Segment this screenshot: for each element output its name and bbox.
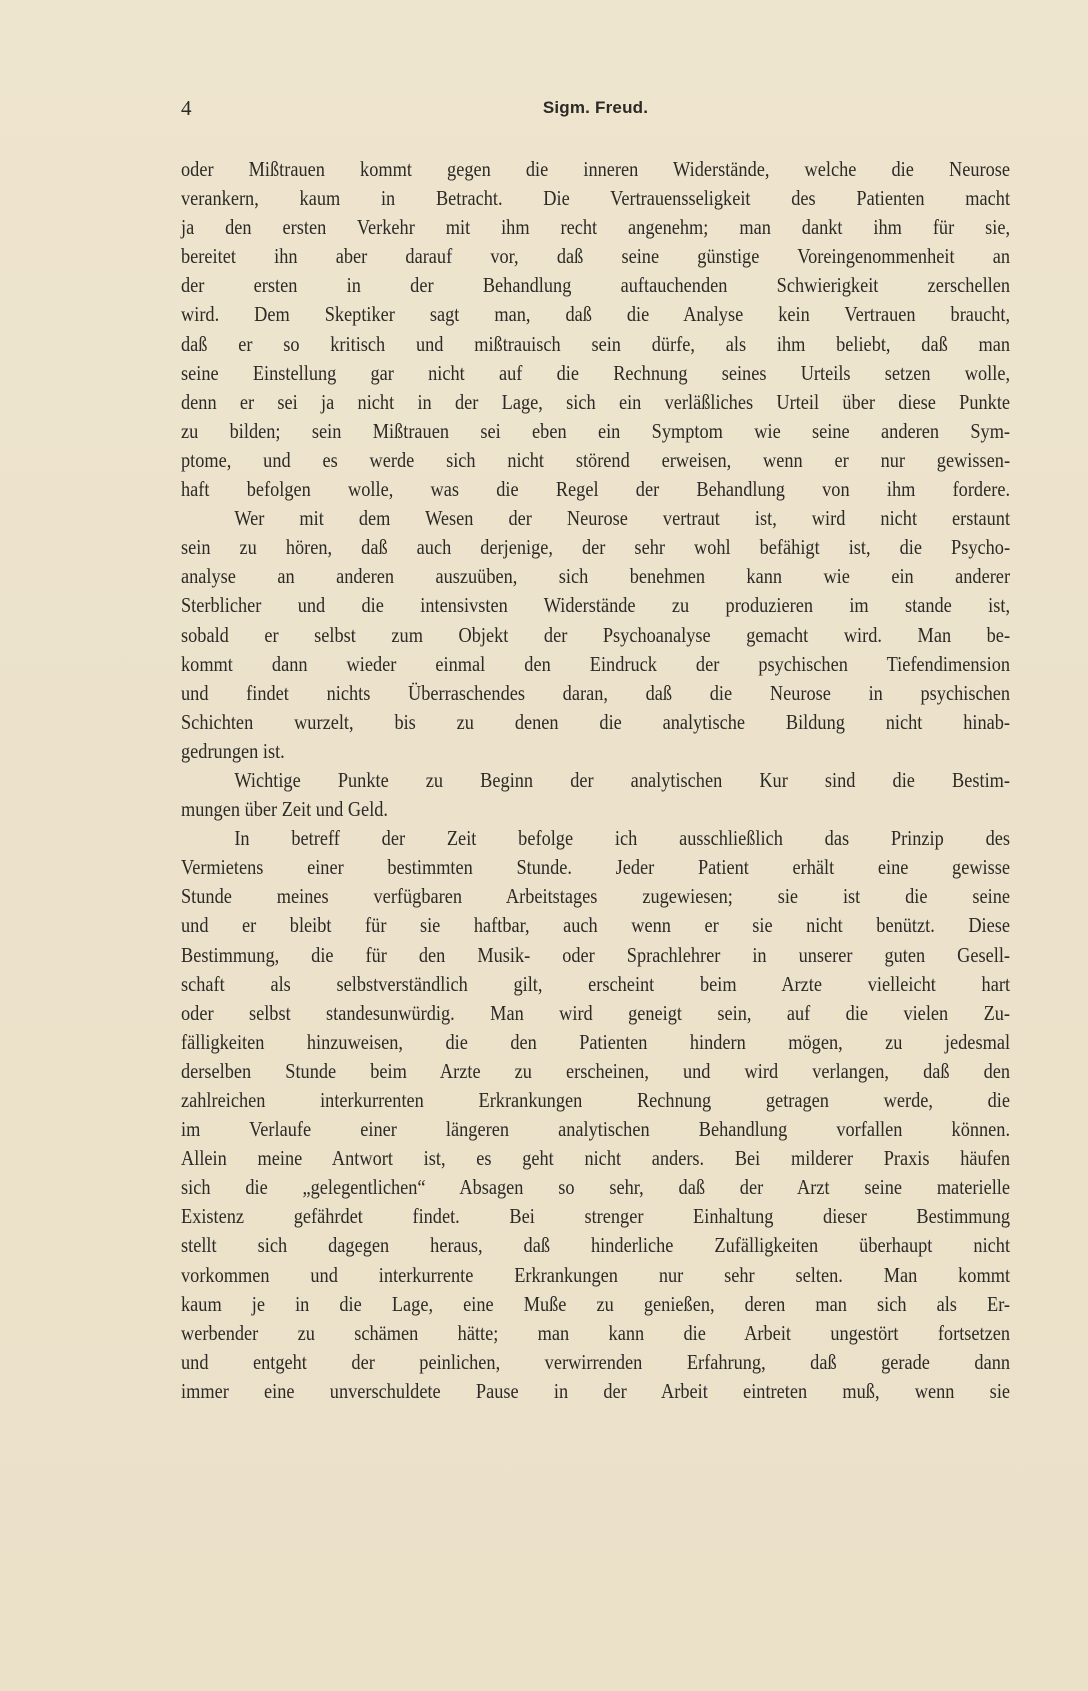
text-line: Stunde meines verfügbaren Arbeitstages z…	[181, 882, 1010, 911]
text-line: sobald er selbst zum Objekt der Psychoan…	[181, 621, 1010, 650]
text-line: ptome, und es werde sich nicht störend e…	[181, 446, 1010, 475]
page-header: 4 Sigm. Freud.	[181, 96, 1010, 122]
text-line: verankern, kaum in Betracht. Die Vertrau…	[181, 184, 1010, 213]
text-line: kommt dann wieder einmal den Eindruck de…	[181, 650, 1010, 679]
text-line: zu bilden; sein Mißtrauen sei eben ein S…	[181, 417, 1010, 446]
text-line: der ersten in der Behandlung auftauchend…	[181, 271, 1010, 300]
text-line: seine Einstellung gar nicht auf die Rech…	[181, 359, 1010, 388]
text-line: ja den ersten Verkehr mit ihm recht ange…	[181, 213, 1010, 242]
text-line: immer eine unverschuldete Pause in der A…	[181, 1377, 1010, 1406]
text-line: Existenz gefährdet findet. Bei strenger …	[181, 1202, 1010, 1231]
text-line: Wer mit dem Wesen der Neurose vertraut i…	[181, 504, 1010, 533]
text-line: fälligkeiten hinzuweisen, die den Patien…	[181, 1028, 1010, 1057]
text-line: sein zu hören, daß auch derjenige, der s…	[181, 533, 1010, 562]
text-line: oder Mißtrauen kommt gegen die inneren W…	[181, 155, 1010, 184]
text-line: Wichtige Punkte zu Beginn der analytisch…	[181, 766, 1010, 795]
text-line: kaum je in die Lage, eine Muße zu genieß…	[181, 1290, 1010, 1319]
text-line: daß er so kritisch und mißtrauisch sein …	[181, 330, 1010, 359]
text-line: denn er sei ja nicht in der Lage, sich e…	[181, 388, 1010, 417]
book-page: 4 Sigm. Freud. oder Mißtrauen kommt gege…	[0, 0, 1088, 1691]
text-line: oder selbst standesunwürdig. Man wird ge…	[181, 999, 1010, 1028]
text-line: analyse an anderen auszuüben, sich beneh…	[181, 562, 1010, 591]
text-line: Sterblicher und die intensivsten Widerst…	[181, 591, 1010, 620]
text-line: Vermietens einer bestimmten Stunde. Jede…	[181, 853, 1010, 882]
text-line: vorkommen und interkurrente Erkrankungen…	[181, 1261, 1010, 1290]
text-line: gedrungen ist.	[181, 737, 1010, 766]
text-line: zahlreichen interkurrenten Erkrankungen …	[181, 1086, 1010, 1115]
text-line: sich die „gelegentlichen“ Absagen so seh…	[181, 1173, 1010, 1202]
text-line: mungen über Zeit und Geld.	[181, 795, 1010, 824]
text-line: haft befolgen wolle, was die Regel der B…	[181, 475, 1010, 504]
text-line: werbender zu schämen hätte; man kann die…	[181, 1319, 1010, 1348]
text-line: wird. Dem Skeptiker sagt man, daß die An…	[181, 300, 1010, 329]
body-text: oder Mißtrauen kommt gegen die inneren W…	[181, 155, 1010, 1406]
text-line: und findet nichts Überraschendes daran, …	[181, 679, 1010, 708]
text-line: im Verlaufe einer längeren analytischen …	[181, 1115, 1010, 1144]
text-line: In betreff der Zeit befolge ich ausschli…	[181, 824, 1010, 853]
text-line: derselben Stunde beim Arzte zu erscheine…	[181, 1057, 1010, 1086]
text-line: Bestimmung, die für den Musik- oder Spra…	[181, 941, 1010, 970]
text-line: und er bleibt für sie haftbar, auch wenn…	[181, 911, 1010, 940]
text-line: Schichten wurzelt, bis zu denen die anal…	[181, 708, 1010, 737]
text-line: stellt sich dagegen heraus, daß hinderli…	[181, 1231, 1010, 1260]
text-line: Allein meine Antwort ist, es geht nicht …	[181, 1144, 1010, 1173]
text-line: schaft als selbstverständlich gilt, ersc…	[181, 970, 1010, 999]
text-line: bereitet ihn aber darauf vor, daß seine …	[181, 242, 1010, 271]
running-head: Sigm. Freud.	[181, 98, 1010, 118]
text-line: und entgeht der peinlichen, verwirrenden…	[181, 1348, 1010, 1377]
